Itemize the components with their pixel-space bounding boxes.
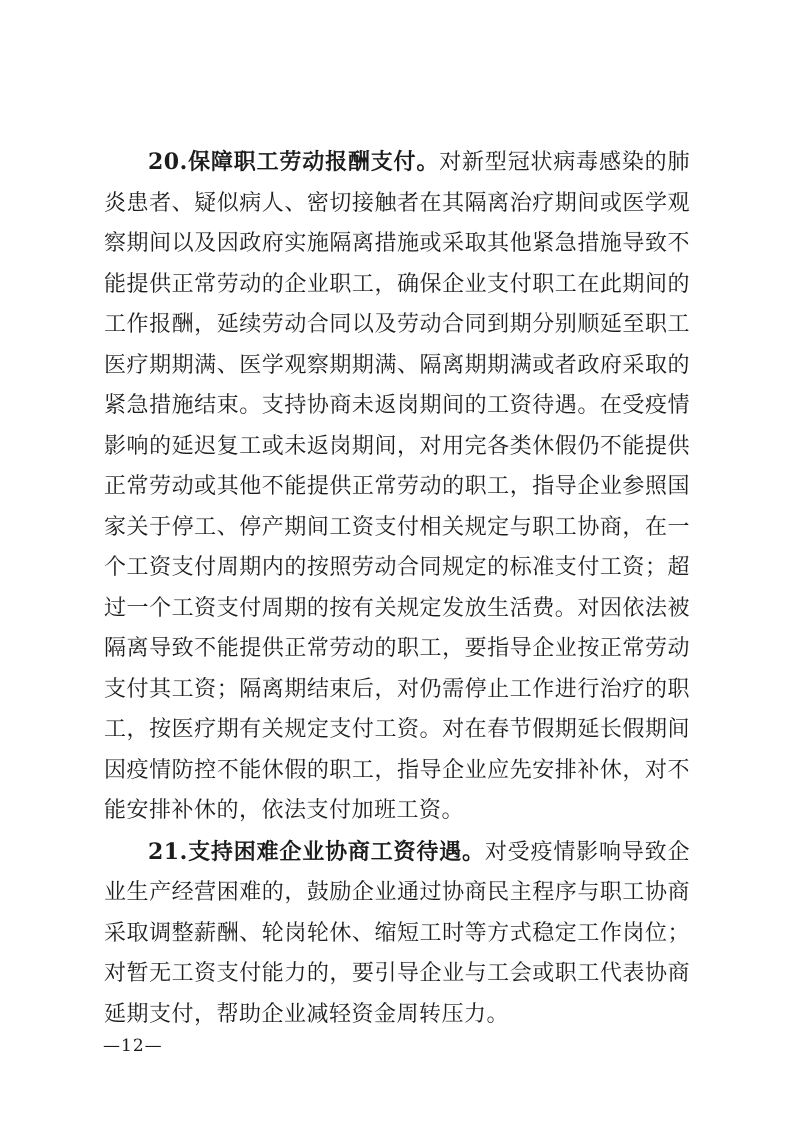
paragraph-21: 21.支持困难企业协商工资待遇。对受疫情影响导致企业生产经营困难的，鼓励企业通过…: [104, 832, 690, 1036]
page-number: —12—: [103, 1036, 163, 1056]
paragraph-21-text: 对受疫情影响导致企业生产经营困难的，鼓励企业通过协商民主程序与职工协商采取调整薪…: [104, 840, 690, 1027]
paragraph-20-text: 对新型冠状病毒感染的肺炎患者、疑似病人、密切接触者在其隔离治疗期间或医学观察期间…: [104, 150, 690, 823]
document-page: 20.保障职工劳动报酬支付。对新型冠状病毒感染的肺炎患者、疑似病人、密切接触者在…: [0, 0, 793, 1122]
document-body: 20.保障职工劳动报酬支付。对新型冠状病毒感染的肺炎患者、疑似病人、密切接触者在…: [104, 142, 690, 1035]
paragraph-20-heading: 20.保障职工劳动报酬支付。: [148, 149, 439, 175]
paragraph-20: 20.保障职工劳动报酬支付。对新型冠状病毒感染的肺炎患者、疑似病人、密切接触者在…: [104, 142, 690, 832]
paragraph-21-heading: 21.支持困难企业协商工资待遇。: [148, 839, 485, 865]
